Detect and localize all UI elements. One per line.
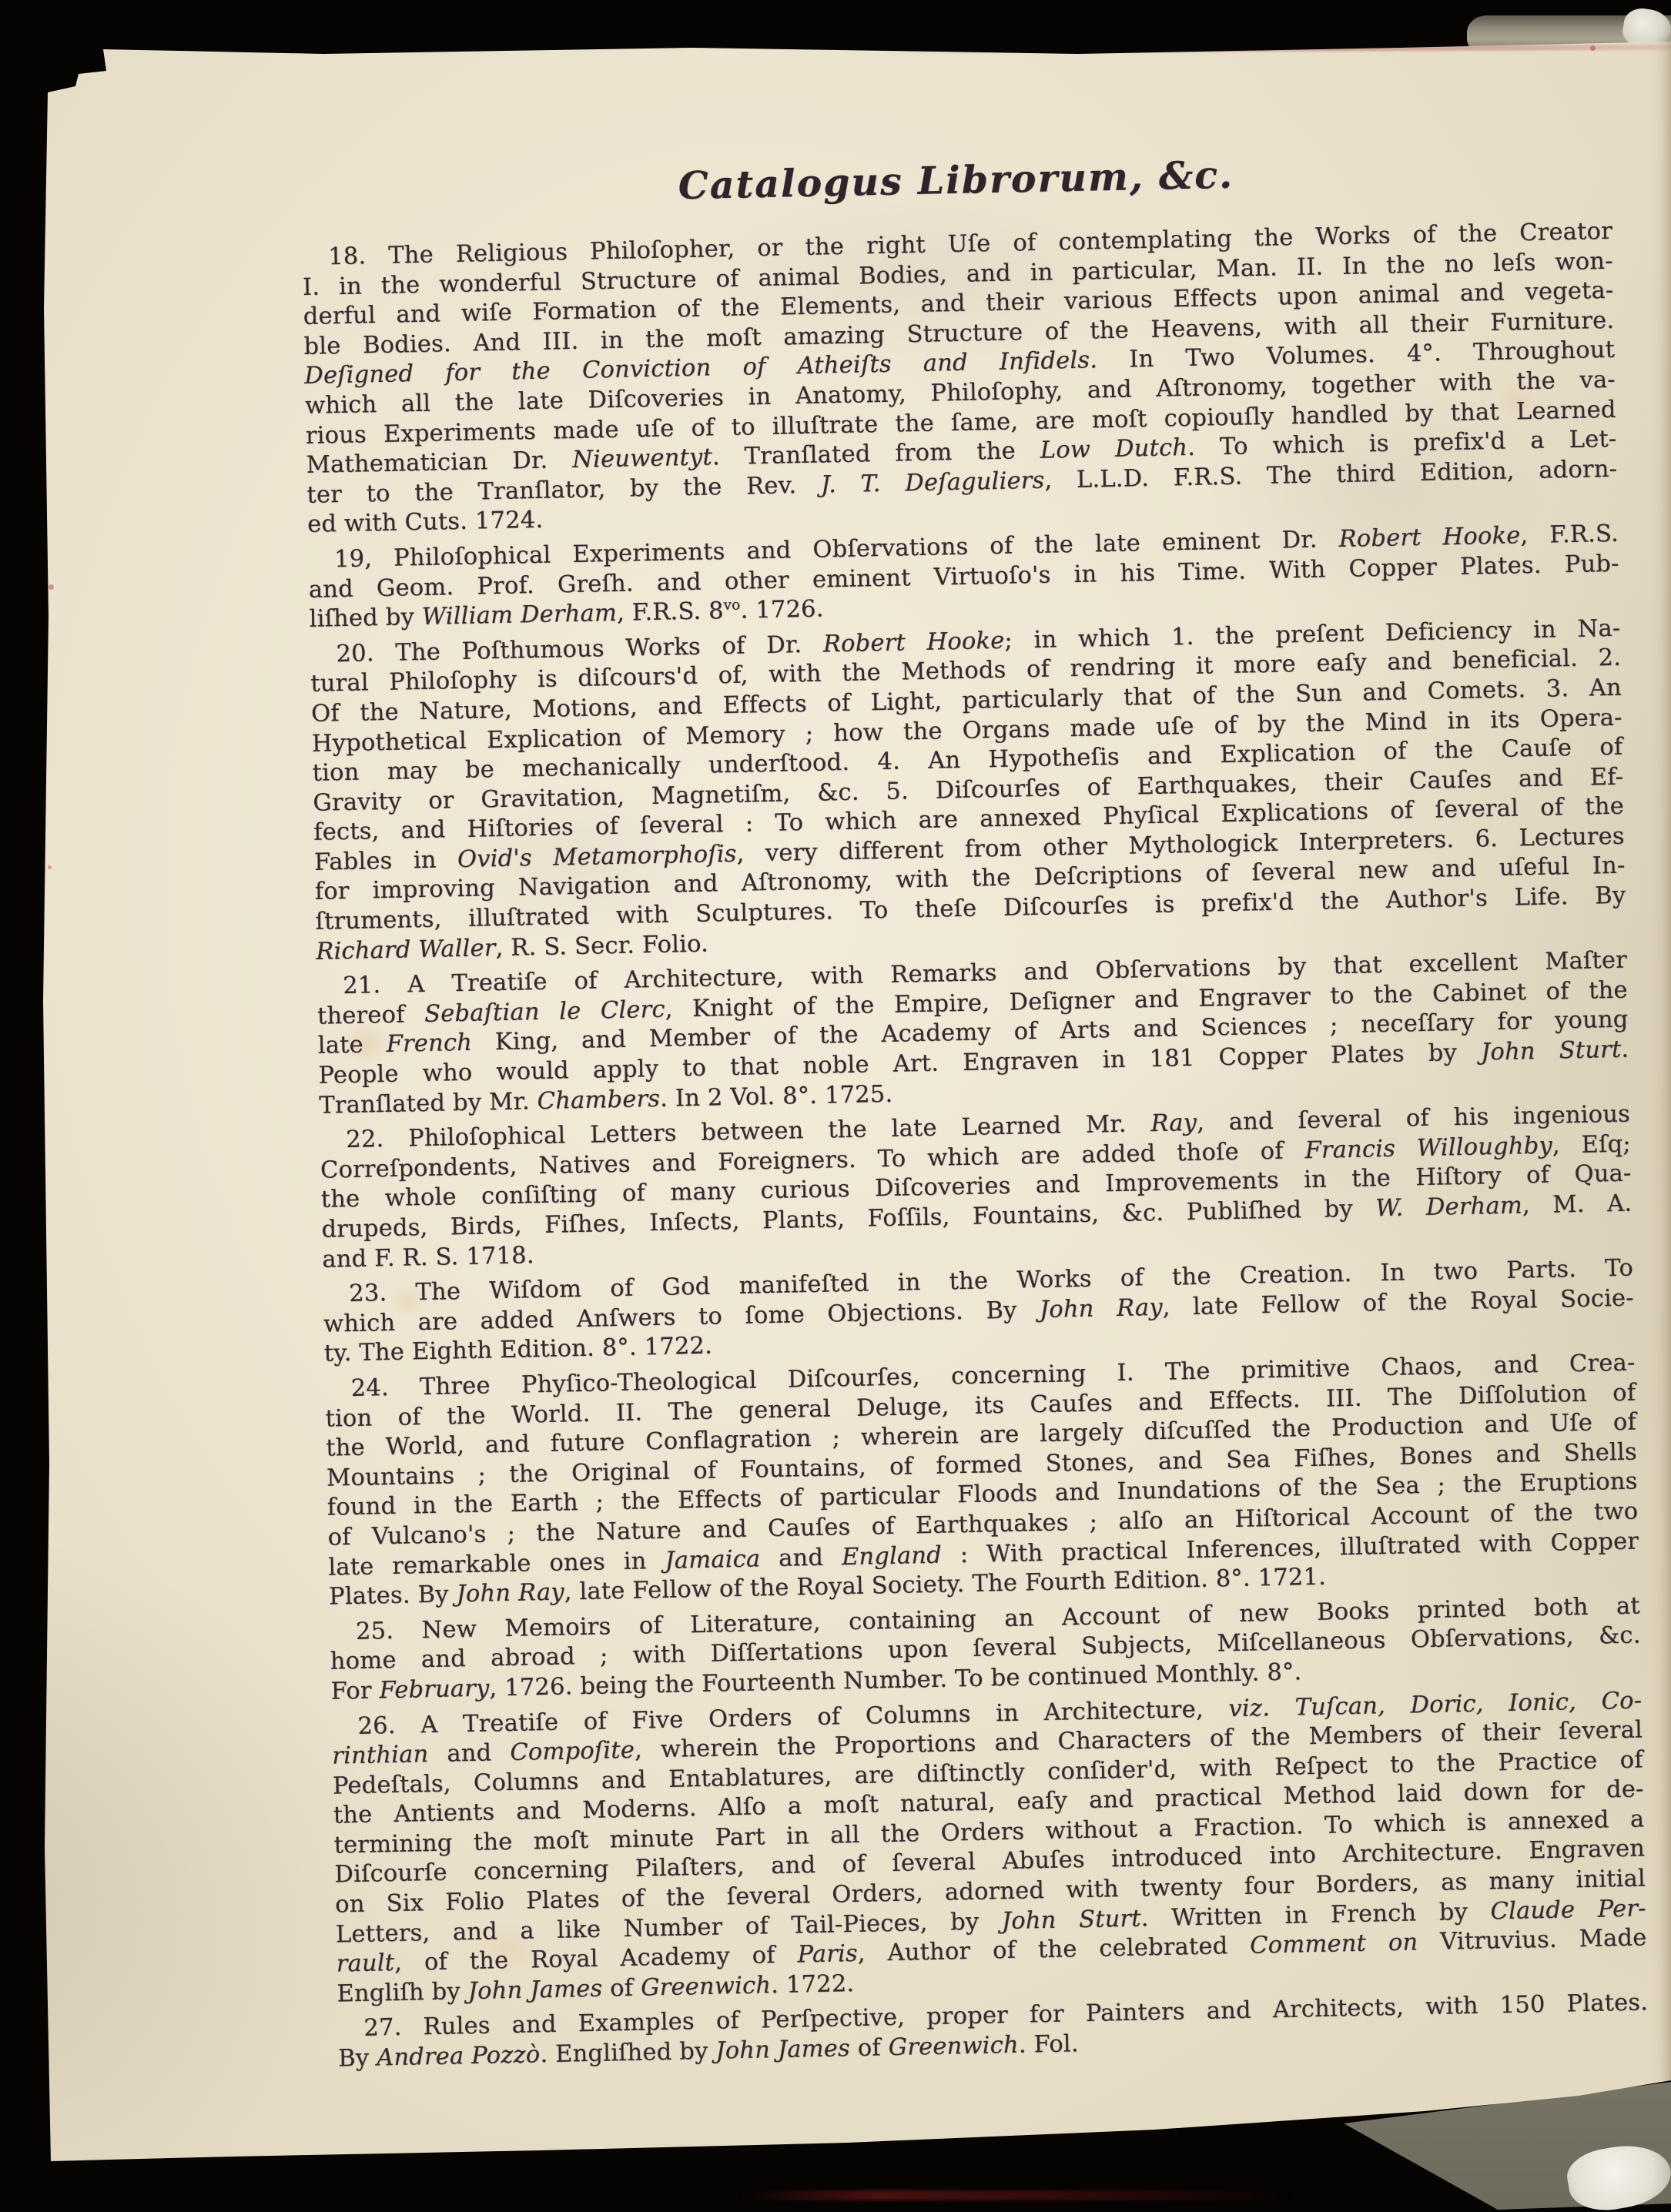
catalog-entry: 26. A Treatiſe of Five Orders of Columns…	[331, 1686, 1647, 2010]
catalog-entry: 21. A Treatiſe of Architecture, with Rem…	[316, 946, 1630, 1121]
book-page: Catalogus Librorum, &c. 18. The Religiou…	[0, 0, 1671, 2212]
catalog-entry: 20. The Poſthumous Works of Dr. Robert H…	[310, 614, 1626, 967]
catalog-entry: 22. Philoſophical Letters between the la…	[320, 1100, 1633, 1275]
catalog-entry: 18. The Religious Philoſopher, or the ri…	[302, 217, 1618, 540]
printed-text-block: Catalogus Librorum, &c. 18. The Religiou…	[300, 145, 1649, 2080]
page-heading: Catalogus Librorum, &c.	[300, 145, 1612, 216]
red-edge-streak	[739, 2190, 1294, 2200]
catalog-entries: 18. The Religious Philoſopher, or the ri…	[302, 217, 1649, 2074]
catalog-entry: 24. Three Phyſico-Theological Diſcourſes…	[324, 1348, 1639, 1612]
